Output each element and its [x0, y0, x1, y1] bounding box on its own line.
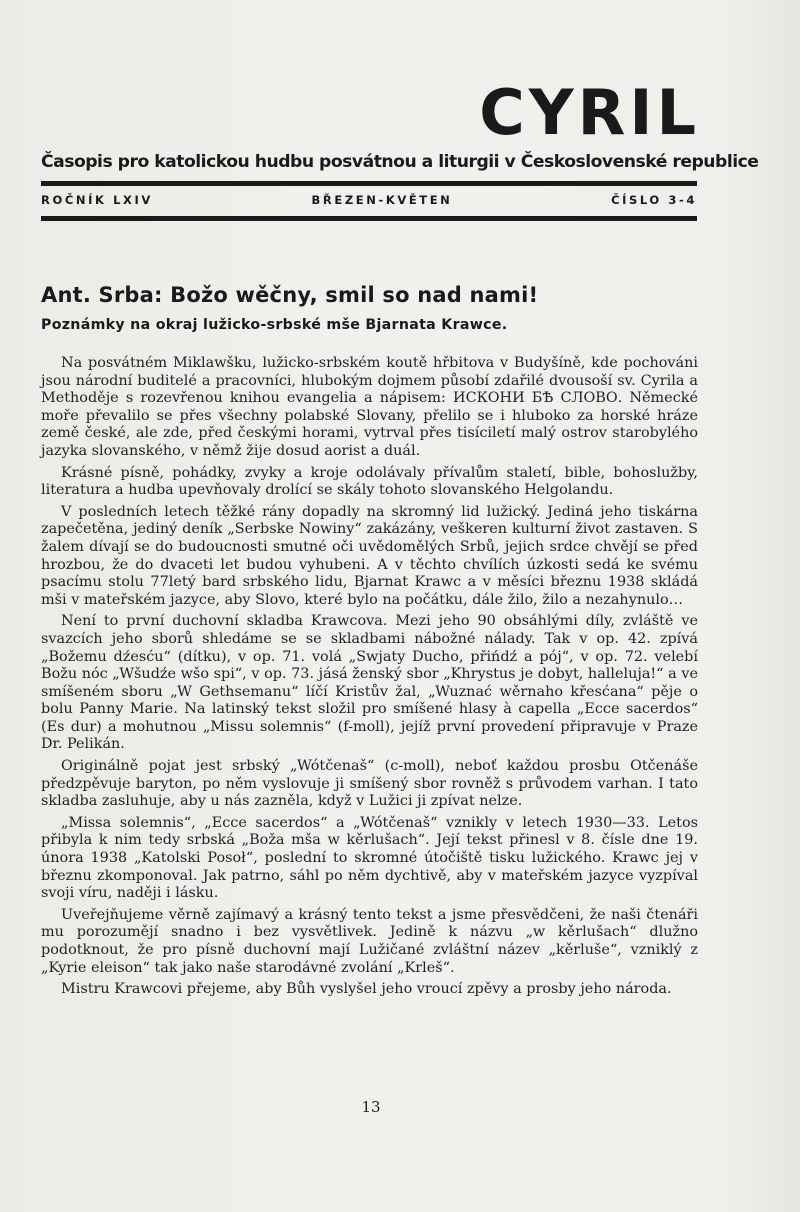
page-number: 13	[0, 1098, 742, 1116]
journal-title: CYRIL	[479, 82, 700, 144]
paragraph: Na posvátném Miklawšku, lužicko-srbském …	[41, 355, 698, 461]
paragraph: V posledních letech těžké rány dopadly n…	[41, 504, 698, 610]
months-label: BŘEZEN-KVĚTEN	[312, 193, 453, 207]
masthead-rule-top	[41, 181, 697, 186]
paragraph: Uveřejňujeme věrně zajímavý a krásný ten…	[41, 907, 698, 977]
article-body: Na posvátném Miklawšku, lužicko-srbském …	[41, 355, 698, 1003]
article-subtitle: Poznámky na okraj lužicko-srbské mše Bja…	[41, 317, 508, 333]
paragraph: Mistru Krawcovi přejeme, aby Bůh vyslyše…	[41, 981, 698, 999]
journal-subtitle: Časopis pro katolickou hudbu posvátnou a…	[41, 152, 701, 172]
article-title: Ant. Srba: Božo wěčny, smil so nad nami!	[41, 283, 538, 307]
paragraph: Není to první duchovní skladba Krawcova.…	[41, 613, 698, 754]
masthead-rule-bottom	[41, 216, 697, 221]
volume-label: ROČNÍK LXIV	[41, 193, 153, 207]
paragraph: „Missa solemnis“, „Ecce sacerdos“ a „Wót…	[41, 815, 698, 903]
paragraph: Originálně pojat jest srbský „Wótčenaš“ …	[41, 758, 698, 811]
journal-page: CYRIL Časopis pro katolickou hudbu posvá…	[0, 0, 800, 1212]
paragraph: Krásné písně, pohádky, zvyky a kroje odo…	[41, 465, 698, 500]
issue-info: ROČNÍK LXIV BŘEZEN-KVĚTEN ČÍSLO 3-4	[41, 193, 697, 207]
issue-number-label: ČÍSLO 3-4	[611, 193, 697, 207]
